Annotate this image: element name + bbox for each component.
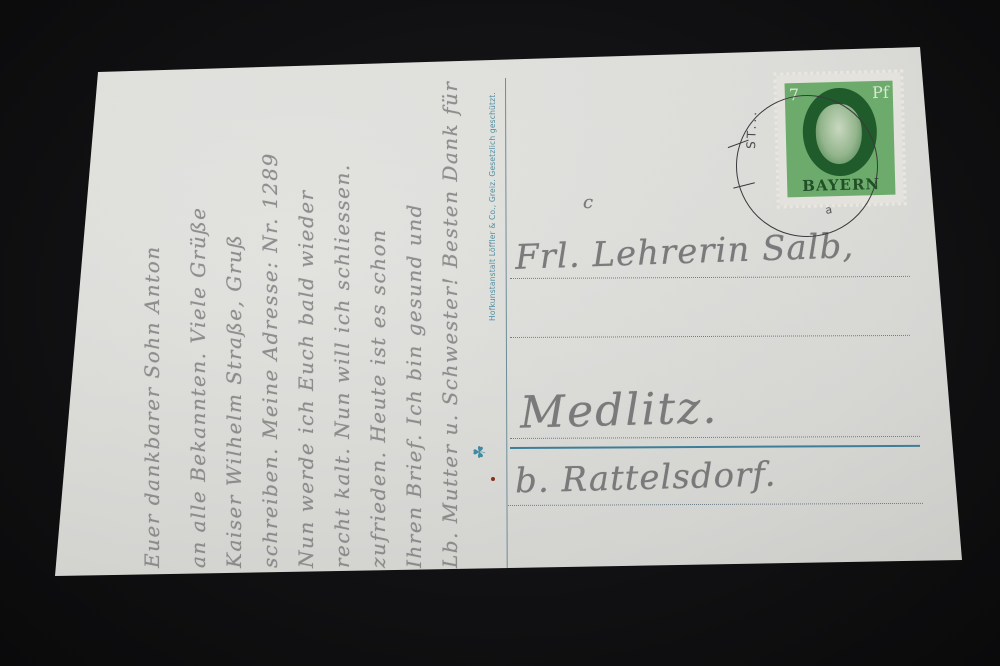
message-line: an alle Bekannten. Viele Grüße <box>186 78 210 568</box>
message-line: zufrieden. Heute ist es schon <box>366 78 390 568</box>
message-line: recht kalt. Nun will ich schliessen. <box>330 78 354 568</box>
handwritten-message: Lb. Mutter u. Schwester! Besten Dank für… <box>120 78 470 568</box>
address-district: b. Rattelsdorf. <box>515 455 777 502</box>
address-town: Medlitz. <box>519 382 719 438</box>
message-line: Euer dankbarer Sohn Anton <box>140 78 164 568</box>
message-line: Lb. Mutter u. Schwester! Besten Dank für <box>438 78 462 568</box>
message-line: Kaiser Wilhelm Straße, Gruß <box>222 78 246 568</box>
message-line: Nun werde ich Euch bald wieder <box>294 78 318 568</box>
address-prefix: c <box>583 192 593 213</box>
publisher-imprint: Hofkunstanstalt Löffler & Co., Greiz. Ge… <box>488 92 497 422</box>
postmark-date: a <box>824 203 832 217</box>
clover-monogram-icon: ☘ <box>472 445 488 459</box>
rust-spot <box>491 477 495 481</box>
message-line: schreiben. Meine Adresse: Nr. 1289 <box>258 78 282 568</box>
postmark-text: ST... <box>744 109 759 149</box>
message-line: Ihren Brief. Ich bin gesund und <box>402 78 426 568</box>
stamp-currency: Pf <box>872 83 889 102</box>
